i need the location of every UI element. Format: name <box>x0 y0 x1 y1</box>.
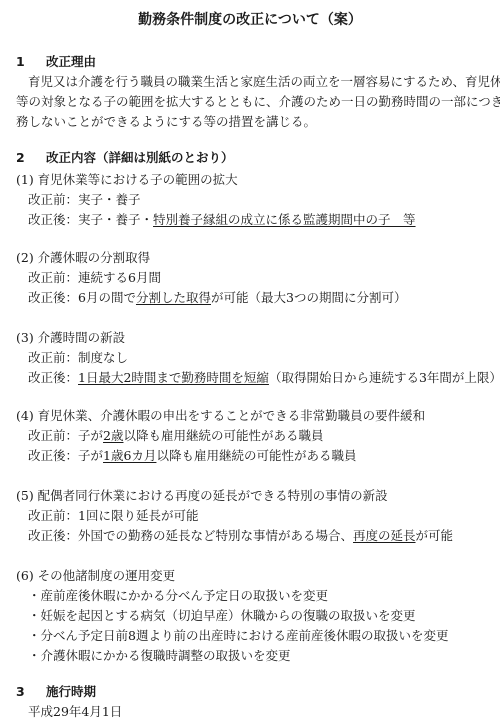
after-pre: 6月の間で <box>78 290 136 305</box>
after-prefix: 改正後： <box>28 528 78 543</box>
paragraph-line: 務しないことができるようにする等の措置を講じる。 <box>16 114 316 130</box>
after-underlined: 分割した取得 <box>136 290 211 305</box>
paragraph-line: 育児又は介護を行う職員の職業生活と家庭生活の両立を一層容易にするため、育児休業 <box>28 74 500 90</box>
before-prefix: 改正前： <box>28 192 78 207</box>
before-prefix: 改正前： <box>28 508 78 523</box>
effective-date: 平成29年4月1日 <box>28 704 122 720</box>
after-underlined: 1歳6カ月 <box>103 448 156 463</box>
item-1-after: 改正後：実子・養子・特別養子縁組の成立に係る監護期間中の子 等 <box>28 212 416 228</box>
before-text: 実子・養子 <box>78 192 141 207</box>
bullet-item: ・妊娠を起因とする病気（切迫早産）休職からの復職の取扱いを変更 <box>28 608 416 624</box>
item-5-after: 改正後：外国での勤務の延長など特別な事情がある場合、再度の延長が可能 <box>28 528 453 544</box>
bullet-item: ・分べん予定日前8週より前の出産時における産前産後休暇の取扱いを変更 <box>28 628 448 644</box>
after-pre: 実子・養子・ <box>78 212 153 227</box>
item-3-label: (3) 介護時間の新設 <box>16 330 125 346</box>
document-title: 勤務条件制度の改正について（案） <box>0 12 500 28</box>
after-post: （取得開始日から連続する3年間が上限） <box>269 370 500 385</box>
before-prefix: 改正前： <box>28 270 78 285</box>
after-underlined: 特別養子縁組の成立に係る監護期間中の子 等 <box>153 212 416 227</box>
item-1-before: 改正前：実子・養子 <box>28 192 141 208</box>
section-1-heading: 1改正理由 <box>16 54 96 70</box>
item-5-before: 改正前：1回に限り延長が可能 <box>28 508 198 524</box>
section-3-heading: 3施行時期 <box>16 684 96 700</box>
before-text: 連続する6月間 <box>78 270 161 285</box>
item-5-label: (5) 配偶者同行休業における再度の延長ができる特別の事情の新設 <box>16 488 388 504</box>
item-2-label: (2) 介護休暇の分割取得 <box>16 250 150 266</box>
before-pre: 子が <box>78 428 103 443</box>
before-post: 以降も雇用継続の可能性がある職員 <box>123 428 323 443</box>
after-underlined: 再度の延長 <box>353 528 416 543</box>
item-2-before: 改正前：連続する6月間 <box>28 270 161 286</box>
section-number: 2 <box>16 150 46 166</box>
section-title: 改正理由 <box>46 54 96 69</box>
before-text: 制度なし <box>78 350 128 365</box>
after-prefix: 改正後： <box>28 370 78 385</box>
after-post: が可能 <box>416 528 454 543</box>
after-pre: 外国での勤務の延長など特別な事情がある場合、 <box>78 528 353 543</box>
before-text: 1回に限り延長が可能 <box>78 508 198 523</box>
after-prefix: 改正後： <box>28 290 78 305</box>
section-number: 1 <box>16 54 46 70</box>
item-6-label: (6) その他諸制度の運用変更 <box>16 568 175 584</box>
item-3-after: 改正後：1日最大2時間まで勤務時間を短縮（取得開始日から連続する3年間が上限） <box>28 370 500 386</box>
after-post: 以降も雇用継続の可能性がある職員 <box>156 448 356 463</box>
after-prefix: 改正後： <box>28 212 78 227</box>
after-post: が可能（最大3つの期間に分割可） <box>211 290 406 305</box>
paragraph-line: 等の対象となる子の範囲を拡大するとともに、介護のため一日の勤務時間の一部につき勤 <box>16 94 500 110</box>
after-pre: 子が <box>78 448 103 463</box>
section-2-heading: 2改正内容（詳細は別紙のとおり） <box>16 150 234 166</box>
item-4-label: (4) 育児休業、介護休暇の申出をすることができる非常勤職員の要件緩和 <box>16 408 425 424</box>
item-4-after: 改正後：子が1歳6カ月以降も雇用継続の可能性がある職員 <box>28 448 356 464</box>
before-underlined: 2歳 <box>103 428 123 443</box>
section-title: 施行時期 <box>46 684 96 699</box>
bullet-item: ・介護休暇にかかる復職時調整の取扱いを変更 <box>28 648 291 664</box>
item-1-label: (1) 育児休業等における子の範囲の拡大 <box>16 172 238 188</box>
after-underlined: 1日最大2時間まで勤務時間を短縮 <box>78 370 269 385</box>
after-prefix: 改正後： <box>28 448 78 463</box>
item-4-before: 改正前：子が2歳以降も雇用継続の可能性がある職員 <box>28 428 324 444</box>
section-number: 3 <box>16 684 46 700</box>
item-2-after: 改正後：6月の間で分割した取得が可能（最大3つの期間に分割可） <box>28 290 406 306</box>
before-prefix: 改正前： <box>28 428 78 443</box>
before-prefix: 改正前： <box>28 350 78 365</box>
section-title: 改正内容（詳細は別紙のとおり） <box>46 150 234 165</box>
item-3-before: 改正前：制度なし <box>28 350 128 366</box>
bullet-item: ・産前産後休暇にかかる分べん予定日の取扱いを変更 <box>28 588 328 604</box>
